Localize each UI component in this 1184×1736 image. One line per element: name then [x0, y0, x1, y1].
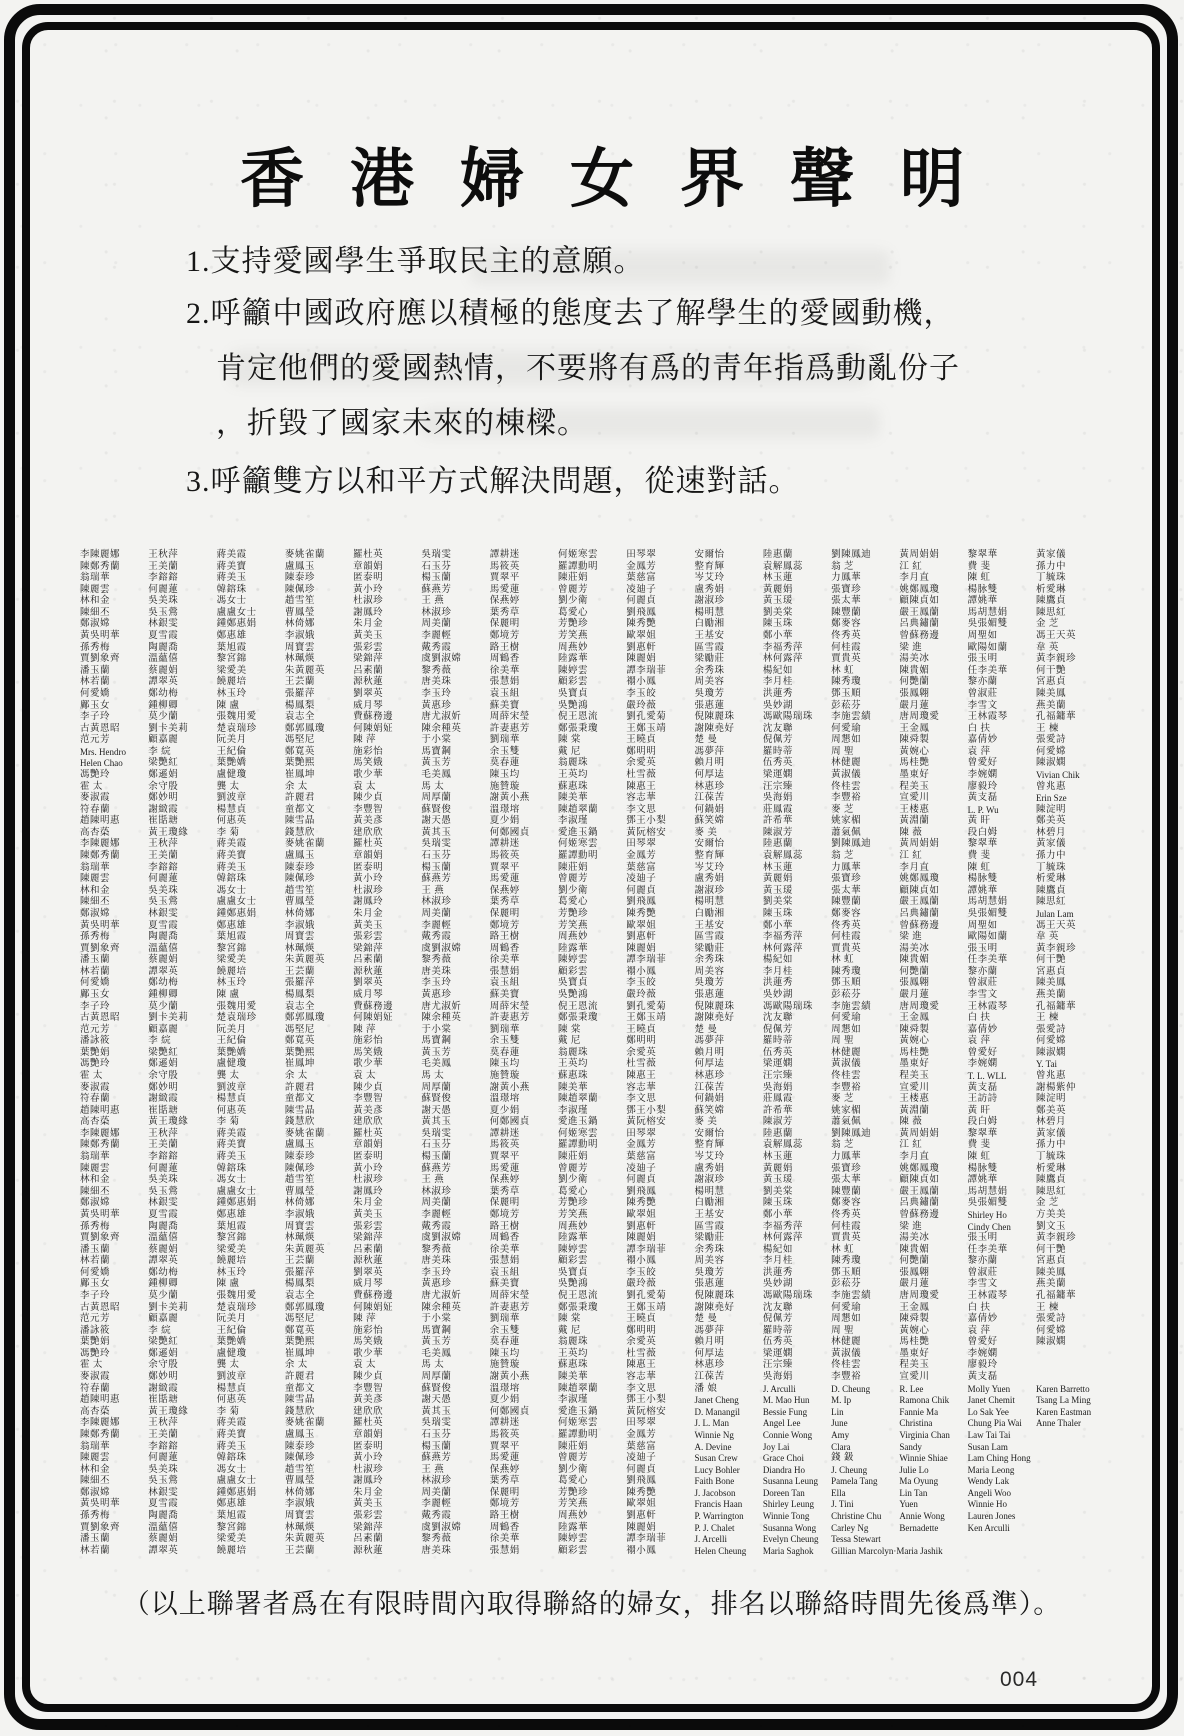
signatory-name: 賈翠平 [490, 863, 558, 875]
signatory-name: 蔣美玉 [217, 1152, 285, 1164]
signatory-name: 杜雪薇 [626, 1059, 694, 1071]
signatory-name: 區雪霞 [695, 932, 763, 944]
signatory-name [1036, 1511, 1104, 1523]
signatory-name: 韓鎔珠 [217, 585, 285, 597]
signatory-name: 韋 英 [1036, 932, 1104, 944]
signatory-name: 林玉蓮 [763, 863, 831, 875]
signatory-name: J. Cheung [831, 1465, 899, 1477]
signatory-name: 袁 太 [353, 782, 421, 794]
signatory-name: 袁 太 [353, 1360, 421, 1372]
signatory-name: 鄭小華 [763, 1210, 831, 1222]
signatory-name: 莫春蓮 [490, 758, 558, 770]
signatory-name: 吳寶貞 [558, 978, 626, 990]
signatory-name: 劉美棠 [763, 1187, 831, 1199]
signatory-name: 黃美彥 [353, 1106, 421, 1118]
signatory-name: 楊紀如 [763, 1245, 831, 1257]
signatory-name: 曾淑莊 [968, 689, 1036, 701]
signatory-name: 陳 虹 [968, 863, 1036, 875]
signatory-name [1036, 1546, 1104, 1558]
signatory-name: 許希華 [763, 816, 831, 828]
signatory-name: 章韻娟 [353, 851, 421, 863]
signatory-name: 唐尤淑妡 [421, 1291, 489, 1303]
signatory-name: 林玉玲 [217, 978, 285, 990]
signatory-name: 張太華 [831, 1175, 899, 1187]
signatory-name: 翁瑞華 [80, 573, 148, 585]
signatory-name: Lam Ching Hong [968, 1453, 1036, 1465]
signatory-name: 何愛瑜 [831, 724, 899, 736]
signatory-name: 許妻惠芳 [490, 1303, 558, 1315]
signatory-name: 王曉貞 [626, 1314, 694, 1326]
signatory-name: 羅譚勳明 [558, 1430, 626, 1442]
signatory-name: 謝鳳玲 [353, 608, 421, 620]
signatory-name: 余秀珠 [695, 666, 763, 678]
signatory-name: 王曉貞 [626, 735, 694, 747]
signatory-name: 林倚娜 [285, 909, 353, 921]
signatory-name: 岑艾玲 [695, 863, 763, 875]
signatory-name: 李陳麗娜 [80, 839, 148, 851]
signatory-name: 葛愛心 [558, 1476, 626, 1488]
signatory-name: 黃美玉 [353, 1210, 421, 1222]
signatory-name: 黃淵蘭 [899, 816, 967, 828]
signatory-name: 吳玉鶯 [148, 1187, 216, 1199]
signatory-name: 彭菘芬 [831, 701, 899, 713]
signatory-name: 徐美華 [490, 955, 558, 967]
signatory-name: 林 虹 [831, 1245, 899, 1257]
signatory-name: 馬筱英 [490, 1430, 558, 1442]
signatory-name: 陳思紅 [1036, 1187, 1104, 1199]
signatory-name: 韋 英 [1036, 643, 1104, 655]
signatory-name: 容志華 [626, 1083, 694, 1095]
signatory-name: 黃惠珍 [421, 990, 489, 1002]
signatory-name: 張玉明 [968, 944, 1036, 956]
signatory-name: 葛愛心 [558, 897, 626, 909]
signatory-name: 蔡麗娟 [148, 955, 216, 967]
signatory-name: 馬寶鋼 [421, 747, 489, 759]
signatory-name: 孫力中 [1036, 1140, 1104, 1152]
signatory-name: 翁麗珠 [558, 758, 626, 770]
signatory-name: Bessie Fung [763, 1407, 831, 1419]
signatory-name: 林何露萍 [763, 944, 831, 956]
signatory-name: 禤小鳳 [626, 1256, 694, 1268]
signatory-name: 陳 萍 [353, 1314, 421, 1326]
signatory-name: 李雪文 [968, 1279, 1036, 1291]
signatory-name: 周 聖 [831, 747, 899, 759]
signatory-name: 王金鳳 [899, 1013, 967, 1025]
signatory-name: 王美蘭 [148, 1430, 216, 1442]
signatory-name: 曾蘇務邊 [899, 921, 967, 933]
signatory-name: 馮歐陽瑞珠 [763, 1291, 831, 1303]
signatory-name: 童都文 [285, 1384, 353, 1396]
signatory-name: 李月直 [899, 1152, 967, 1164]
signatory-name: 許麗君 [285, 1083, 353, 1095]
signatory-name: 賈貴英 [831, 944, 899, 956]
signatory-name: 李月桂 [763, 677, 831, 689]
signatory-name: 翁麗珠 [558, 1337, 626, 1349]
signatory-name: 楊慧貞 [217, 805, 285, 817]
signatory-name: 黃支磊 [968, 793, 1036, 805]
signatory-name: 呂素蘭 [353, 666, 421, 678]
signatory-name: 黃玉芳 [421, 1337, 489, 1349]
signatory-name: 陳秀艷 [626, 1488, 694, 1500]
signatory-name: 孫力中 [1036, 562, 1104, 574]
signatory-name: 謝緻霞 [148, 1094, 216, 1106]
signatory-name: 黃淑儀 [831, 770, 899, 782]
signatory-name: 石玉芬 [421, 1140, 489, 1152]
signatory-name: 盧健瓊 [217, 1059, 285, 1071]
signatory-name: Susanna Wong [763, 1523, 831, 1535]
signatory-name: P. J. Chalet [695, 1523, 763, 1535]
signatory-name: 路王樹 [490, 932, 558, 944]
signatory-name: 謝鳳玲 [353, 1187, 421, 1199]
signatory-name: 黃玉瑗 [763, 1175, 831, 1187]
signatory-name: 葉艷熙 [285, 1337, 353, 1349]
signatory-column: 黎翠華費 斐陳 虹楊脉雙譚姚華馬胡慧娟吳張媚雙周聖如歐陽如蘭張玉明任李美華黎亦蘭… [968, 550, 1036, 1560]
signatory-name: 吳瑞雯 [421, 550, 489, 562]
signatory-name: 呂素蘭 [353, 1534, 421, 1546]
signatory-name: 饒麗培 [217, 967, 285, 979]
signatory-name: D. Cheung [831, 1384, 899, 1396]
signatory-name: 霍 太 [80, 1360, 148, 1372]
signatory-name: 梁運嫻 [763, 1349, 831, 1361]
signatory-name: 劉翠英 [353, 978, 421, 990]
signatory-name: 莊鳳霞 [763, 1094, 831, 1106]
signatory-name: 王基安 [695, 921, 763, 933]
signatory-name: 梁錦萍 [353, 1523, 421, 1535]
signatory-name: 古黃恩昭 [80, 1013, 148, 1025]
signatory-name: 李文思 [626, 1384, 694, 1396]
signatory-name: 盧鳳玉 [285, 1140, 353, 1152]
signatory-name: 顧彩雲 [558, 1546, 626, 1558]
signatory-name: 袁玉組 [490, 978, 558, 990]
signatory-name: Winnie Ng [695, 1430, 763, 1442]
signatory-column: 蔣美霞蔣美寶蔣美玉韓鎔珠馮女士盧盧女士鍾鄭惠娟鄭惠雄葉旭霞黎宮錦梁愛美饒麗培林玉… [217, 550, 285, 1560]
signatory-name: 吳瓊芳 [695, 1268, 763, 1280]
signatory-name: 唐尤淑妡 [421, 1002, 489, 1014]
signatory-name: 鄭遜娟 [148, 1059, 216, 1071]
signatory-name: 盧鳳玉 [285, 1430, 353, 1442]
signatory-name: 陳舜製 [899, 1314, 967, 1326]
signatory-name: 析愛琳 [1036, 585, 1104, 597]
signatory-name: 梁運嫻 [763, 770, 831, 782]
signatory-name: 楚袁瑞珍 [217, 1303, 285, 1315]
signatory-name: 宮惠貞 [1036, 1256, 1104, 1268]
signatory-name: 王訪詩 [968, 1094, 1036, 1106]
signatory-name: 姚鄭鳳瓊 [899, 874, 967, 886]
signatory-name: Maria Saghok [763, 1546, 831, 1558]
signatory-name: 金鳳芳 [626, 1140, 694, 1152]
signatory-name: 馬愛蓮 [490, 585, 558, 597]
signatory-name: 李淑娥 [285, 631, 353, 643]
signatory-name: 張彩雲 [353, 932, 421, 944]
signatory-name: 謝鳳玲 [353, 897, 421, 909]
signatory-name: 墨東好 [899, 1349, 967, 1361]
signatory-name: 黃玉瑗 [763, 886, 831, 898]
signatory-name: 錢 鈒 [831, 1453, 899, 1465]
signatory-name: 陳細丕 [80, 608, 148, 620]
signatory-name: 馬筱英 [490, 562, 558, 574]
signatory-name: 陳麗娟 [626, 944, 694, 956]
signatory-name: 何艷蘭 [899, 967, 967, 979]
signatory-name: 江 紅 [899, 851, 967, 863]
signatory-name: 戴秀霞 [421, 1222, 489, 1234]
signatory-name: 袁 萍 [968, 747, 1036, 759]
signatory-name: 陳秀艷 [626, 909, 694, 921]
signatory-name: 蘇惠珠 [558, 782, 626, 794]
signatory-name: 陳美華 [558, 1083, 626, 1095]
signatory-name: 曾兆惠 [1036, 1071, 1104, 1083]
signatory-name: 麥 美 [695, 1117, 763, 1129]
signatory-name: 張羅萍 [285, 689, 353, 701]
signatory-name: 楊玉蘭 [421, 863, 489, 875]
signatory-name: 陸露華 [558, 944, 626, 956]
signatory-name: 馬胡慧娟 [968, 608, 1036, 620]
signatory-name: 陶麗喬 [148, 1511, 216, 1523]
signatory-name: 吳玉鶯 [148, 897, 216, 909]
signatory-name: 江 紅 [899, 562, 967, 574]
signatory-name: 黃麗娟 [763, 1164, 831, 1176]
signatory-name: 歐翠姐 [626, 1499, 694, 1511]
signatory-name: 譚李瑞菲 [626, 955, 694, 967]
signatory-name: 歐翠姐 [626, 1210, 694, 1222]
signatory-name: 蔣美霞 [217, 550, 285, 562]
signatory-name: 王美蘭 [148, 562, 216, 574]
signatory-name: 宣愛川 [899, 1083, 967, 1095]
signatory-name: 任李美華 [968, 955, 1036, 967]
signatory-name: 張鳳翺 [899, 1268, 967, 1280]
signatory-name: 程美玉 [899, 1360, 967, 1372]
statement-2-line-2: 肯定他們的愛國熱情，不要將有爲的靑年指爲動亂份子 [216, 352, 960, 386]
signatory-name: 李豐裕 [831, 1083, 899, 1095]
signatory-name: 潘 娘 [695, 1384, 763, 1396]
signatory-name: Evelyn Cheung [763, 1534, 831, 1546]
signatory-name: 陸露華 [558, 1523, 626, 1535]
signatory-name: Lucy Bohler [695, 1465, 763, 1477]
footnote: （以上聯署者爲在有限時間內取得聯絡的婦女，排名以聯絡時間先後爲準）。 [0, 1582, 1184, 1621]
signatory-name: 安爾怡 [695, 1129, 763, 1141]
signatory-name: 陳惠王 [626, 782, 694, 794]
signatory-name: 愛進玉鍋 [558, 1407, 626, 1419]
signatory-name: 愛進玉鍋 [558, 828, 626, 840]
signatory-name: 謝緻霞 [148, 805, 216, 817]
signatory-name: 鍾柳卿 [148, 701, 216, 713]
signatory-name: 陳 虹 [968, 573, 1036, 585]
signatory-name: 葉艷嬌 [217, 758, 285, 770]
signatory-name: 鄭幼梅 [148, 978, 216, 990]
signatory-name: 周燕妙 [558, 1511, 626, 1523]
signatory-name: 謝黃小燕 [490, 1083, 558, 1095]
signatory-name: 溫蘊僖 [148, 654, 216, 666]
signatory-name: 佟桂雲 [831, 1360, 899, 1372]
signatory-name: 陳惠王 [626, 1360, 694, 1372]
signatory-name: 嘉倩妙 [968, 735, 1036, 747]
signatory-name: 高杏蒅 [80, 828, 148, 840]
signatory-name: 吳瓊芳 [695, 978, 763, 990]
signatory-name: 鄭郭鳳瓊 [285, 1303, 353, 1315]
signatory-name: 馮堅尼 [285, 735, 353, 747]
signatory-name: 白勵湘 [695, 619, 763, 631]
signatory-name: 梁勵莊 [695, 944, 763, 956]
signatory-name: 許妻惠芳 [490, 1013, 558, 1025]
signatory-name: 梁錦萍 [353, 1233, 421, 1245]
signatory-name: 唐美珠 [421, 1546, 489, 1558]
signatory-name: 林健麗 [831, 758, 899, 770]
signatory-name: 王秋萍 [148, 1129, 216, 1141]
signatory-name: 朱黃麗英 [285, 1245, 353, 1257]
signatory-name: 黎宮錦 [217, 1233, 285, 1245]
signatory-name: 鄭惠雄 [217, 1210, 285, 1222]
signatory-name: 徐美華 [490, 666, 558, 678]
signatory-name: Angel Lee [763, 1418, 831, 1430]
signatory-name: 歌少華 [353, 1349, 421, 1361]
signatory-name: 鍾鄭惠娟 [217, 909, 285, 921]
signatory-name: 趙陳明惠 [80, 1395, 148, 1407]
signatory-name: 田琴翠 [626, 1418, 694, 1430]
signatory-name: 阮美月 [217, 1314, 285, 1326]
signatory-name: 周寶雲 [285, 932, 353, 944]
signatory-name: 李福秀萍 [763, 643, 831, 655]
signatory-name: 倪佩芳 [763, 735, 831, 747]
signatory-name: 陳莊娟 [558, 573, 626, 585]
signatory-name: 何艷蘭 [899, 1256, 967, 1268]
signatory-name: Lauren Jones [968, 1511, 1036, 1523]
signatory-name: 曾淑莊 [968, 978, 1036, 990]
signatory-name: 賈劉象齊 [80, 654, 148, 666]
signatory-name: 愛進玉鍋 [558, 1117, 626, 1129]
signatory-name: 何愛瑜 [831, 1013, 899, 1025]
signatory-name: 陳舜製 [899, 1025, 967, 1037]
signatory-name: 林珮煐 [285, 1523, 353, 1535]
signatory-name: 李陳麗娜 [80, 1418, 148, 1430]
signatory-name: 杜淑珍 [353, 1175, 421, 1187]
signatory-name: 林銀雯 [148, 909, 216, 921]
signatory-name: 鄭妙明 [148, 1372, 216, 1384]
signatory-name: June [831, 1418, 899, 1430]
signatory-name: M. Mao Hun [763, 1395, 831, 1407]
signatory-name: 葉艷娟 [80, 1337, 148, 1349]
signatory-name: 建欣欣 [353, 1407, 421, 1419]
signatory-name: 馮夢萍 [695, 1036, 763, 1048]
signatory-name: 于小棠 [421, 1025, 489, 1037]
signatory-name: 吳寶貞 [558, 1268, 626, 1280]
signatory-name: Wendy Lak [968, 1476, 1036, 1488]
signatory-name: 陳豐蘭 [831, 897, 899, 909]
signatory-name: 盧鳳玉 [285, 562, 353, 574]
signatory-name: 林倚娜 [285, 1198, 353, 1210]
signatory-name: 黃玉瑗 [763, 596, 831, 608]
signatory-name: 黃周娟娟 [899, 839, 967, 851]
signatory-name: 陳貴媚 [899, 1245, 967, 1257]
signatory-name: 周燕妙 [558, 932, 626, 944]
signatory-name: 馬胡慧娟 [968, 897, 1036, 909]
signatory-name: 建欣欣 [353, 828, 421, 840]
signatory-name: 鄭遜娟 [148, 770, 216, 782]
signatory-name: 楊鳳梨 [285, 701, 353, 713]
signatory-name: 徐美華 [490, 1534, 558, 1546]
signatory-name: 王楼惠 [899, 805, 967, 817]
signatory-name: 何鄭國貞 [490, 1117, 558, 1129]
signatory-name: 倪陳麗珠 [695, 1002, 763, 1014]
signatory-name: 譚翠英 [148, 967, 216, 979]
signatory-name: 鄭淑嫦 [80, 909, 148, 921]
signatory-name: 盧秀娟 [695, 585, 763, 597]
signatory-name: 黃麗娟 [763, 874, 831, 886]
signatory-name: 整育輝 [695, 562, 763, 574]
signatory-name: 余 太 [285, 1360, 353, 1372]
signatory-name: 陳泰珍 [285, 863, 353, 875]
signatory-name: 呂典鏽蘭 [899, 1198, 967, 1210]
signatory-name: 黃其玉 [421, 828, 489, 840]
signatory-name: 伍秀英 [763, 758, 831, 770]
signatory-name: 何厚迲 [695, 770, 763, 782]
signatory-name: 戴 尼 [558, 1326, 626, 1338]
signatory-name: 張魏用愛 [217, 1291, 285, 1303]
signatory-name: 王楼惠 [899, 1094, 967, 1106]
signatory-name: 吳美珠 [148, 886, 216, 898]
signatory-name: Susan Crew [695, 1453, 763, 1465]
signatory-name: 杜淑珍 [353, 1465, 421, 1477]
signatory-name [1036, 1360, 1104, 1372]
signatory-name: 馬桂艷 [899, 758, 967, 770]
signatory-name: 許麗君 [285, 1372, 353, 1384]
signatory-name: 周 聖 [831, 1036, 899, 1048]
signatory-name: Karen Eastman [1036, 1407, 1104, 1419]
signatory-column: 安爾怡整育輝岑艾玲盧秀娟謝淑珍楊明慧白勵湘王基安區雪霞梁勵莊余秀珠周美容吳瓊芳張… [695, 550, 763, 1560]
signatory-name: 虞劉淑嫦 [421, 1233, 489, 1245]
signatory-name: 沈友聯 [763, 1013, 831, 1025]
signatory-name: 蕭氣佩 [831, 1117, 899, 1129]
signatory-name: Y. Tai [1036, 1059, 1104, 1071]
signatory-name: 陳余種英 [421, 1303, 489, 1315]
signatory-name: 蘇美寶 [490, 990, 558, 1002]
signatory-name: Virginia Chan [899, 1430, 967, 1442]
signatory-name: 杜雪薇 [626, 770, 694, 782]
signatory-name: 鄭寬英 [285, 747, 353, 759]
signatory-name: 曹鳳瑩 [285, 1187, 353, 1199]
signatory-name: 陳少貞 [353, 793, 421, 805]
signatory-name: 蘇惠珠 [558, 1360, 626, 1372]
signatory-name: 區雪霞 [695, 1222, 763, 1234]
signatory-name: 陳淀明 [1036, 805, 1104, 817]
signatory-name: 符春蘭 [80, 805, 148, 817]
signatory-name: 黃小玲 [353, 585, 421, 597]
signatory-name: 蘇賢俊 [421, 1384, 489, 1396]
signatory-name: 鍾鄭惠娟 [217, 619, 285, 631]
signatory-name: 王林霞琴 [968, 1002, 1036, 1014]
signatory-name: 羅時蒂 [763, 1326, 831, 1338]
signatory-name: 曹鳳瑩 [285, 608, 353, 620]
signatory-name: 羅杜英 [353, 1129, 421, 1141]
signatory-name: 李豐智 [353, 1384, 421, 1396]
signatory-name: Lin Tan [899, 1488, 967, 1500]
signatory-name: 吳艷鴻 [558, 1279, 626, 1291]
signatory-name: 周厚蘭 [421, 793, 489, 805]
signatory-name: 嚴月蓮 [899, 701, 967, 713]
signatory-name: 鄭張秉瓊 [558, 1303, 626, 1315]
page-title: 香港婦女界聲明 [240, 128, 1010, 220]
signatory-name: 周寶雲 [285, 1511, 353, 1523]
signatory-name: 陳 虹 [968, 1152, 1036, 1164]
signatory-name: 燕美蘭 [1036, 701, 1104, 713]
signatory-name: 劉飛鳳 [626, 608, 694, 620]
signatory-name: 馮艷玲 [80, 1059, 148, 1071]
signatory-name: 孫秀梅 [80, 932, 148, 944]
signatory-name: 施贊璇 [490, 1071, 558, 1083]
signatory-name: 張魏用愛 [217, 1002, 285, 1014]
signatory-name: 麥 芝 [831, 805, 899, 817]
signatory-name: 吳玉鶯 [148, 608, 216, 620]
signatory-name: D. Manangil [695, 1407, 763, 1419]
signatory-name: 陳 薇 [899, 1117, 967, 1129]
